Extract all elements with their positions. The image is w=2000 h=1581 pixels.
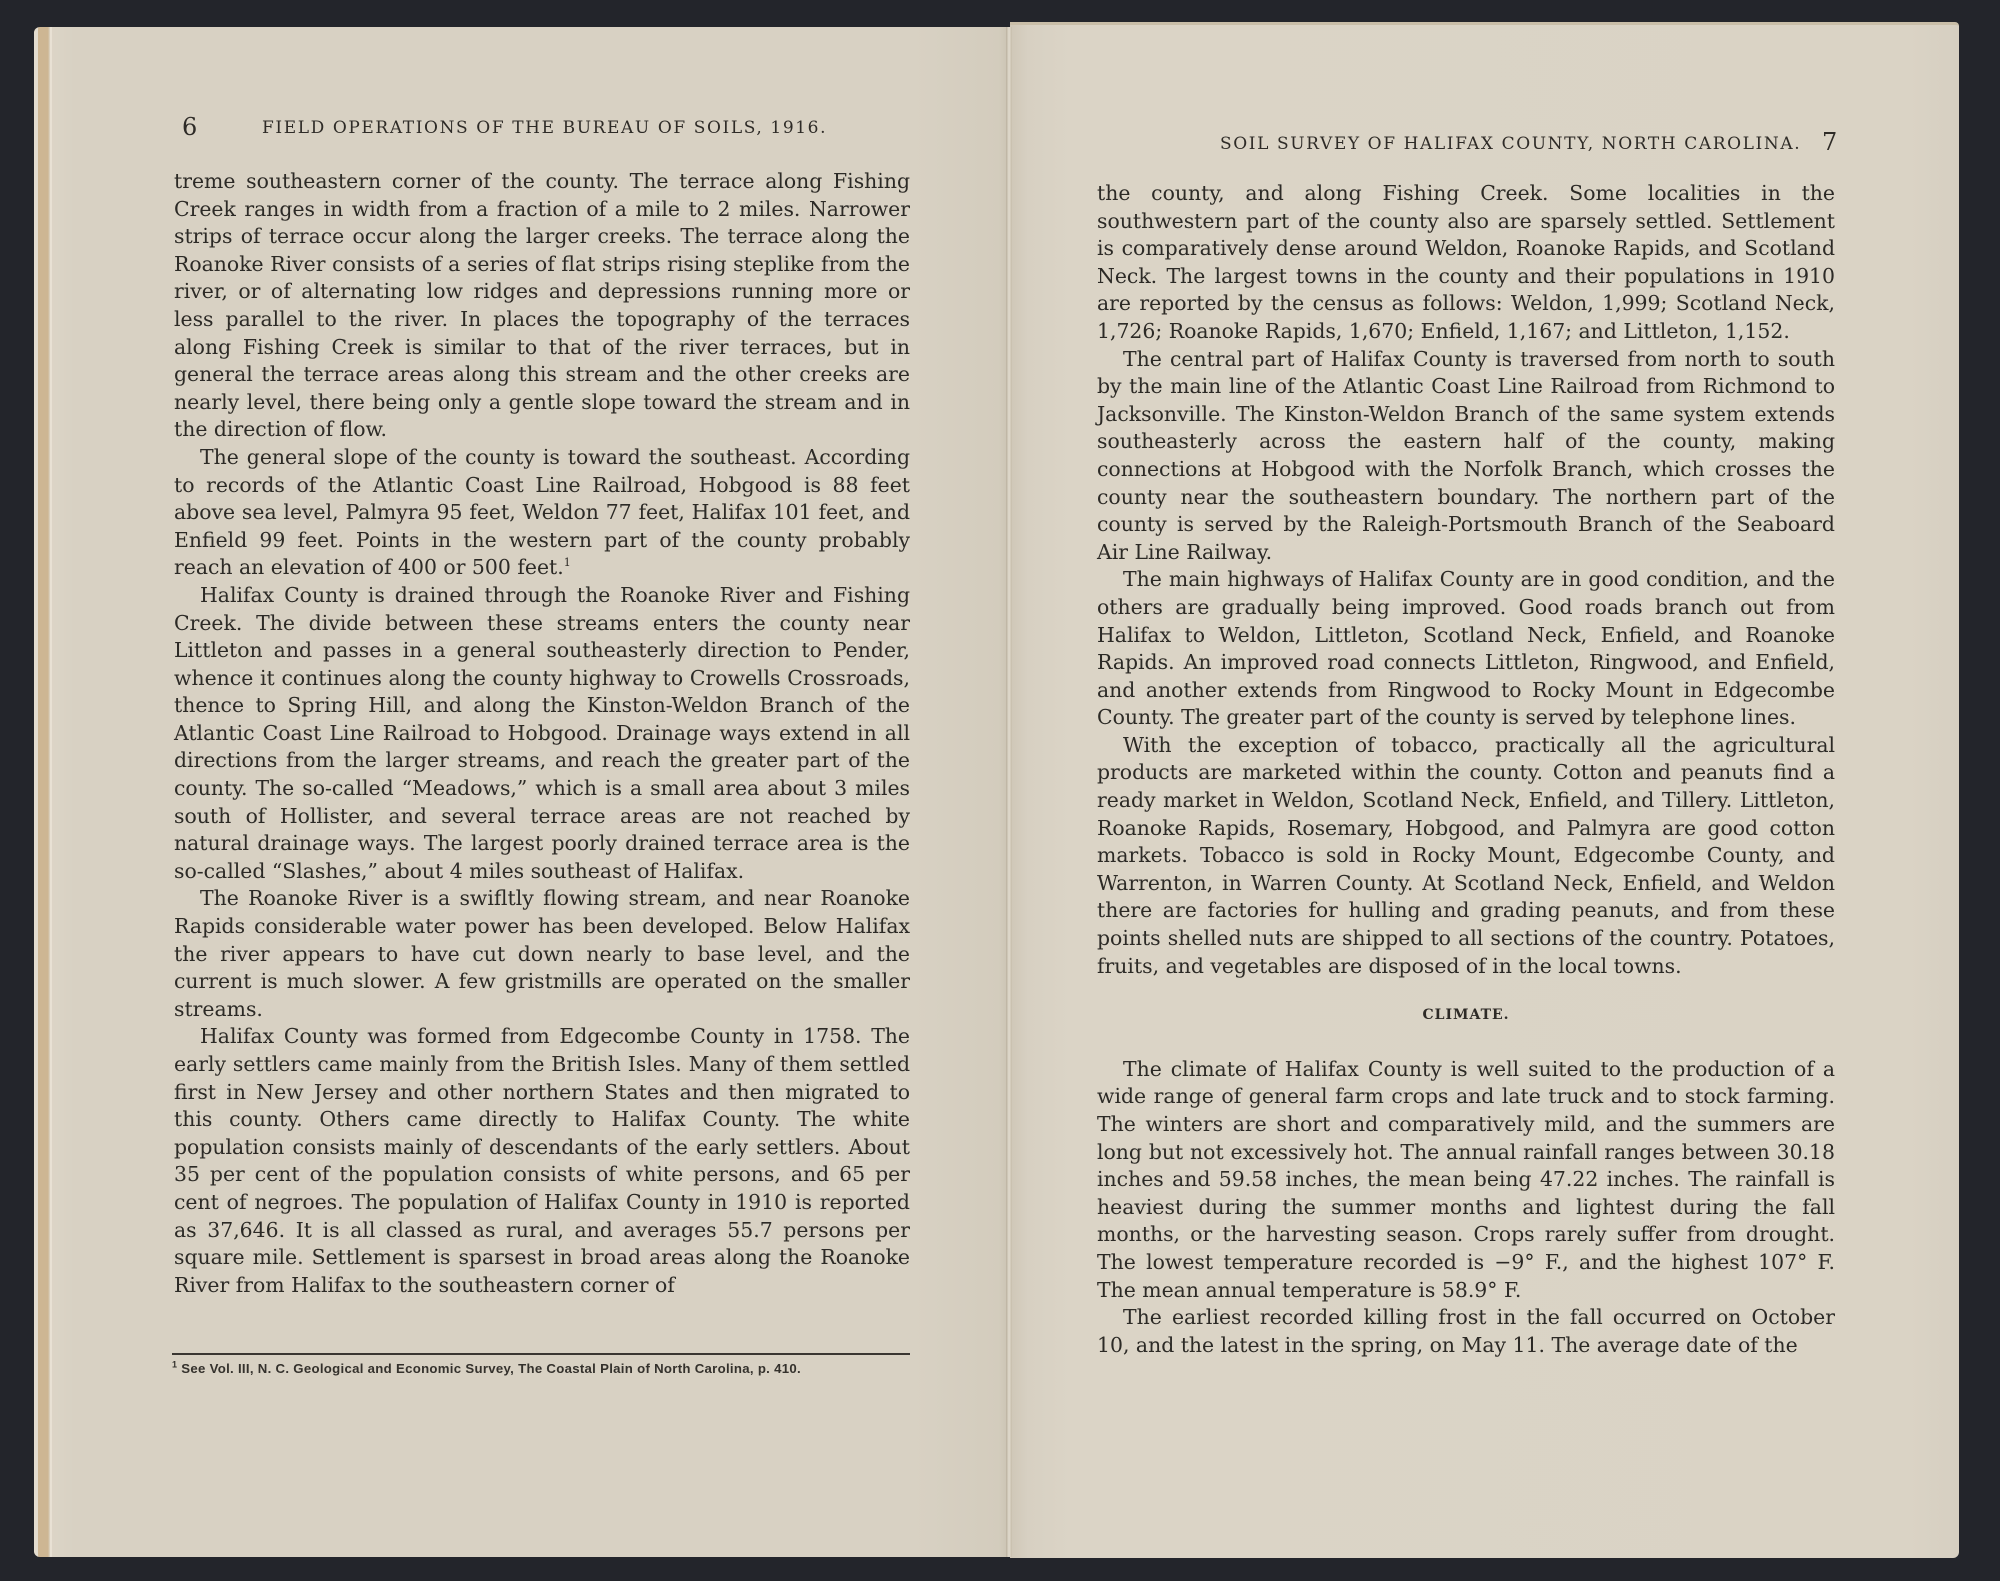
paragraph: With the exception of tobacco, practical… [1097,732,1835,980]
footnote-divider [172,1353,910,1355]
paragraph: Halifax County is drained through the Ro… [174,582,910,886]
page-number-right: 7 [1822,128,1837,156]
paragraph: The Roanoke River is a swifltly flowing … [174,885,910,1023]
section-heading-climate: CLIMATE. [1097,1002,1835,1030]
footnote: 1 See Vol. III, N. C. Geological and Eco… [172,1360,910,1378]
paragraph: The climate of Halifax County is well su… [1097,1056,1835,1304]
running-head-right: SOIL SURVEY OF HALIFAX COUNTY, NORTH CAR… [1220,134,1801,154]
paragraph: Halifax County was formed from Edgecombe… [174,1023,910,1299]
running-head-left: FIELD OPERATIONS OF THE BUREAU OF SOILS,… [262,118,827,138]
paragraph: treme southeastern corner of the county.… [174,168,910,444]
paragraph: The main highways of Halifax County are … [1097,566,1835,732]
footnote-ref[interactable]: 1 [564,557,571,570]
paragraph: The earliest recorded killing frost in t… [1097,1304,1835,1359]
left-page-body: treme southeastern corner of the county.… [174,168,910,1299]
paragraph: the county, and along Fishing Creek. Som… [1097,180,1835,346]
paragraph: The central part of Halifax County is tr… [1097,346,1835,567]
page-number-left: 6 [182,113,197,141]
footnote-text: See Vol. III, N. C. Geological and Econo… [181,1361,801,1376]
right-page-body: the county, and along Fishing Creek. Som… [1097,180,1835,1359]
paragraph: The general slope of the county is towar… [174,444,910,582]
footnote-marker: 1 [172,1360,177,1370]
book-gutter [1006,27,1012,1557]
